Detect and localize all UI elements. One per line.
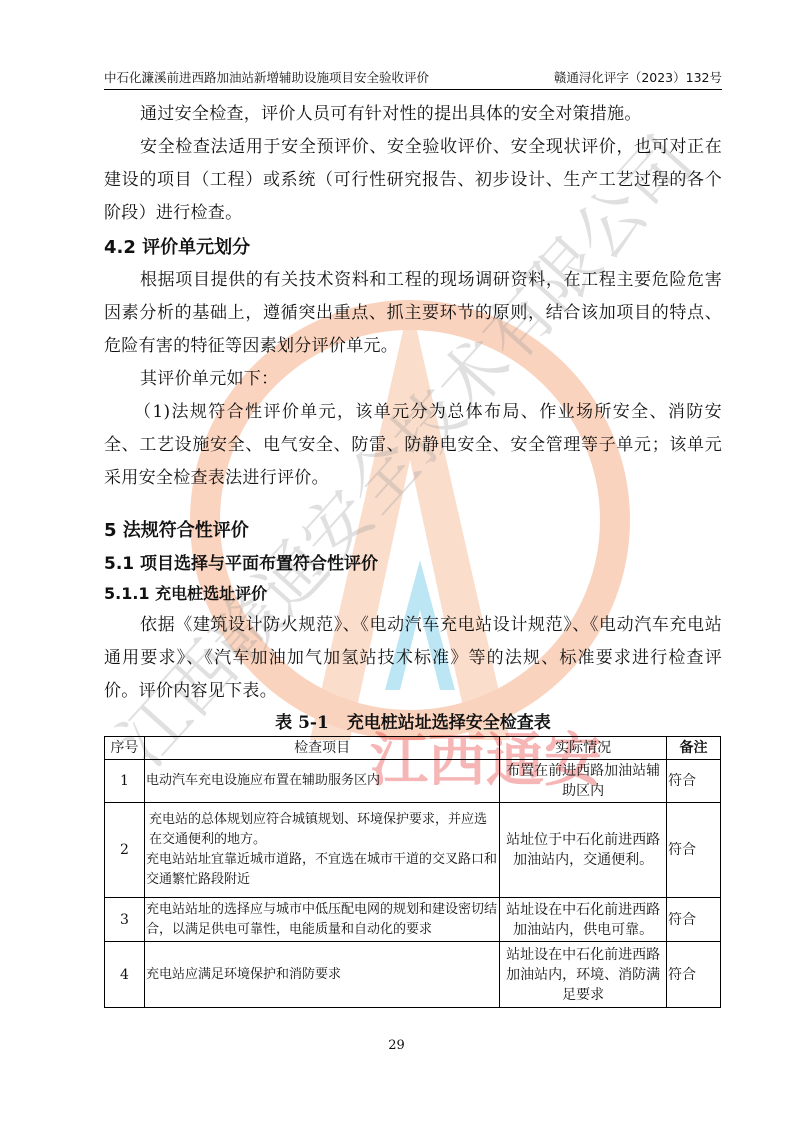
table-row: 1 电动汽车充电设施应布置在辅助服务区内 布置在前进西路加油站辅助区内 符合 <box>105 760 721 803</box>
section-heading-5: 5 法规符合性评价 <box>104 515 722 547</box>
site-selection-checklist-table: 序号 检查项目 实际情况 备注 1 电动汽车充电设施应布置在辅助服务区内 布置在… <box>104 736 721 1008</box>
row-no: 2 <box>105 803 145 898</box>
section-heading-5-1: 5.1 项目选择与平面布置符合性评价 <box>104 549 722 579</box>
row-note: 符合 <box>667 942 721 1008</box>
table-caption-number: 表 5-1 <box>275 713 329 733</box>
table-caption-title: 充电桩站址选择安全检查表 <box>347 713 551 733</box>
paragraph: 根据项目提供的有关技术资料和工程的现场调研资料，在工程主要危险危害因素分析的基础… <box>104 264 722 363</box>
header-item: 检查项目 <box>144 737 499 760</box>
row-item: 充电站站址的选择应与城市中低压配电网的规划和建设密切结合，以满足供电可靠性，电能… <box>144 898 499 942</box>
section-heading-5-1-1: 5.1.1 充电桩选址评价 <box>104 579 722 609</box>
header-note: 备注 <box>667 737 721 760</box>
table-row: 3 充电站站址的选择应与城市中低压配电网的规划和建设密切结合，以满足供电可靠性，… <box>105 898 721 942</box>
table-caption: 表 5-1充电桩站址选择安全检查表 <box>104 710 722 736</box>
row-item: 电动汽车充电设施应布置在辅助服务区内 <box>144 760 499 803</box>
section-heading-4-2: 4.2 评价单元划分 <box>104 232 722 264</box>
paragraph: （1)法规符合性评价单元，该单元分为总体布局、作业场所安全、消防安全、工艺设施安… <box>104 396 722 495</box>
row-no: 3 <box>105 898 145 942</box>
row-note: 符合 <box>667 803 721 898</box>
paragraph: 通过安全检查，评价人员可有针对性的提出具体的安全对策措施。 <box>104 98 722 131</box>
table-row: 2 充电站的总体规划应符合城镇规划、环境保护要求，并应选在交通便利的地方。 充电… <box>105 803 721 898</box>
header-no: 序号 <box>105 737 145 760</box>
row-actual: 站址设在中石化前进西路加油站内，供电可靠。 <box>500 898 667 942</box>
row-no: 1 <box>105 760 145 803</box>
row-item: 充电站应满足环境保护和消防要求 <box>144 942 499 1008</box>
table-row: 4 充电站应满足环境保护和消防要求 站址设在中石化前进西路加油站内，环境、消防满… <box>105 942 721 1008</box>
row-actual: 站址设在中石化前进西路加油站内，环境、消防满足要求 <box>500 942 667 1008</box>
row-note: 符合 <box>667 898 721 942</box>
page-content: 通过安全检查，评价人员可有针对性的提出具体的安全对策措施。 安全检查法适用于安全… <box>104 98 722 1008</box>
page-header: 中石化濂溪前进西路加油站新增辅助设施项目安全验收评价 赣通浔化评字（2023）1… <box>104 68 722 90</box>
row-item-line: 充电站的总体规划应符合城镇规划、环境保护要求，并应选在交通便利的地方。 <box>146 810 498 850</box>
paragraph: 其评价单元如下： <box>104 363 722 396</box>
header-doc-number: 赣通浔化评字（2023）132号 <box>554 68 722 86</box>
row-item: 充电站的总体规划应符合城镇规划、环境保护要求，并应选在交通便利的地方。 充电站站… <box>144 803 499 898</box>
header-title: 中石化濂溪前进西路加油站新增辅助设施项目安全验收评价 <box>104 68 429 86</box>
header-actual: 实际情况 <box>500 737 667 760</box>
row-item-line: 充电站站址宜靠近城市道路，不宜选在城市干道的交叉路口和交通繁忙路段附近 <box>146 850 498 890</box>
page-number: 29 <box>0 1038 793 1053</box>
row-actual: 布置在前进西路加油站辅助区内 <box>500 760 667 803</box>
row-no: 4 <box>105 942 145 1008</box>
table-header-row: 序号 检查项目 实际情况 备注 <box>105 737 721 760</box>
row-actual: 站址位于中石化前进西路加油站内，交通便利。 <box>500 803 667 898</box>
paragraph: 依据《建筑设计防火规范》、《电动汽车充电站设计规范》、《电动汽车充电站通用要求》… <box>104 609 722 708</box>
paragraph: 安全检查法适用于安全预评价、安全验收评价、安全现状评价，也可对正在建设的项目（工… <box>104 131 722 230</box>
row-note: 符合 <box>667 760 721 803</box>
